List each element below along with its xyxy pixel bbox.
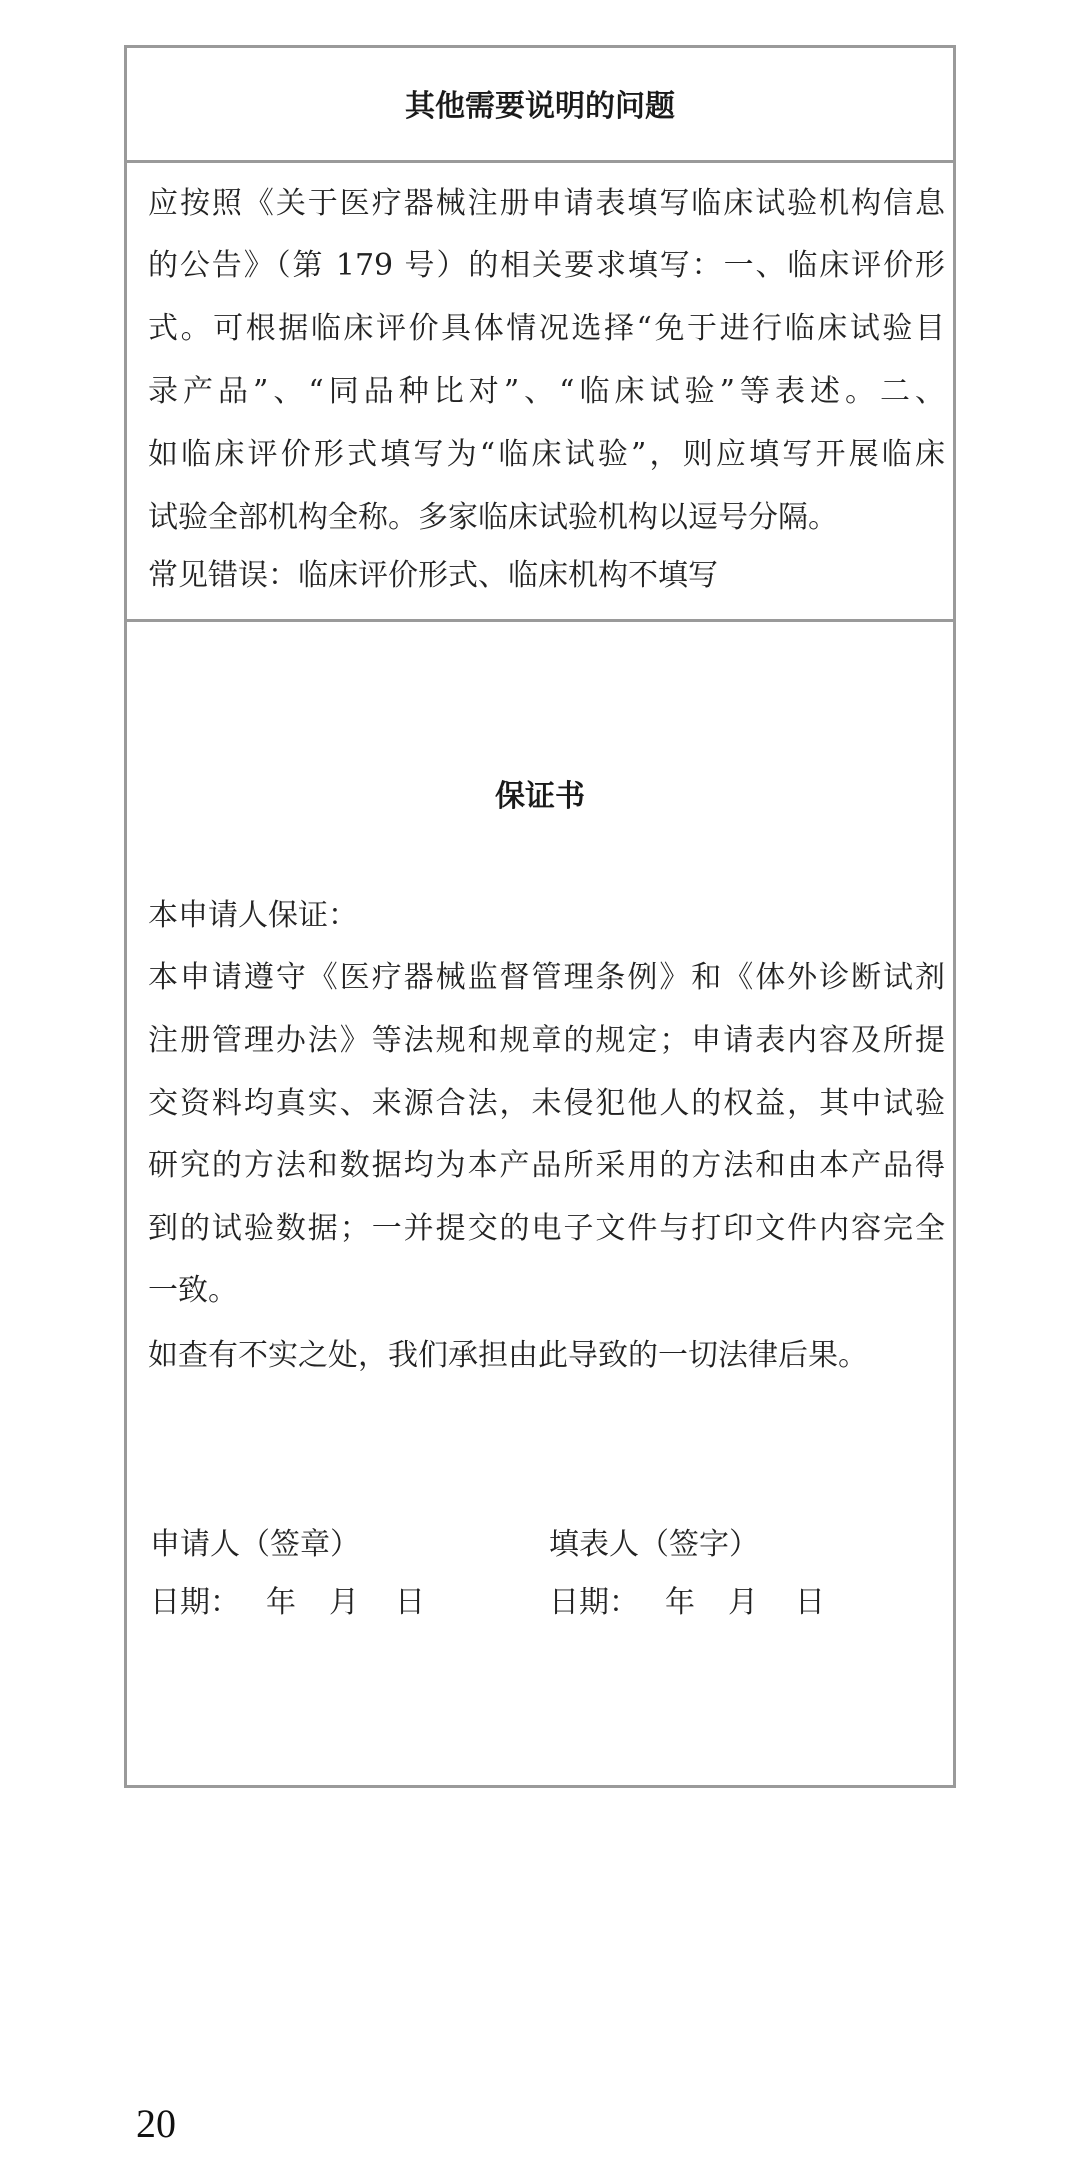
filler-date-year: 年 [665,1583,695,1623]
other-issues-line: 的公告》（第 179 号）的相关要求填写：一、临床评价形 [148,246,945,286]
guarantee-line: 交资料均真实、来源合法，未侵犯他人的权益，其中试验 [148,1084,945,1124]
applicant-date-year: 年 [266,1583,296,1623]
other-issues-line: 如临床评价形式填写为“临床试验”，则应填写开展临床 [148,435,945,475]
other-issues-line: 试验全部机构全称。多家临床试验机构以逗号分隔。 [148,498,945,538]
filler-date-label: 日期： [549,1583,639,1623]
filler-date-month: 月 [728,1583,758,1623]
other-issues-line: 录产品”、“同品种比对”、“临床试验”等表述。二、 [148,372,945,412]
guarantee-line: 如查有不实之处，我们承担由此导致的一切法律后果。 [148,1336,945,1376]
guarantee-line: 本申请人保证： [148,896,945,936]
guarantee-title: 保证书 [127,779,953,815]
header-divider [127,160,953,163]
guarantee-line: 到的试验数据；一并提交的电子文件与打印文件内容完全 [148,1209,945,1249]
applicant-date-label: 日期： [150,1583,240,1623]
section-divider [127,619,953,622]
filler-signature-label: 填表人（签字） [549,1525,759,1565]
guarantee-line: 注册管理办法》等法规和规章的规定；申请表内容及所提 [148,1021,945,1061]
applicant-date-day: 日 [395,1583,425,1623]
common-errors-line: 常见错误：临床评价形式、临床机构不填写 [148,556,945,596]
guarantee-line: 一致。 [148,1271,945,1311]
page-number: 20 [136,2102,176,2146]
guarantee-line: 研究的方法和数据均为本产品所采用的方法和由本产品得 [148,1146,945,1186]
filler-date-day: 日 [795,1583,825,1623]
other-issues-title: 其他需要说明的问题 [127,89,953,125]
other-issues-line: 应按照《关于医疗器械注册申请表填写临床试验机构信息 [148,184,945,224]
other-issues-line: 式。可根据临床评价具体情况选择“免于进行临床试验目 [148,309,945,349]
applicant-signature-label: 申请人（签章） [150,1525,360,1565]
applicant-date-month: 月 [329,1583,359,1623]
application-form-table: 其他需要说明的问题 应按照《关于医疗器械注册申请表填写临床试验机构信息 的公告》… [124,45,956,1788]
guarantee-line: 本申请遵守《医疗器械监督管理条例》和《体外诊断试剂 [148,958,945,998]
